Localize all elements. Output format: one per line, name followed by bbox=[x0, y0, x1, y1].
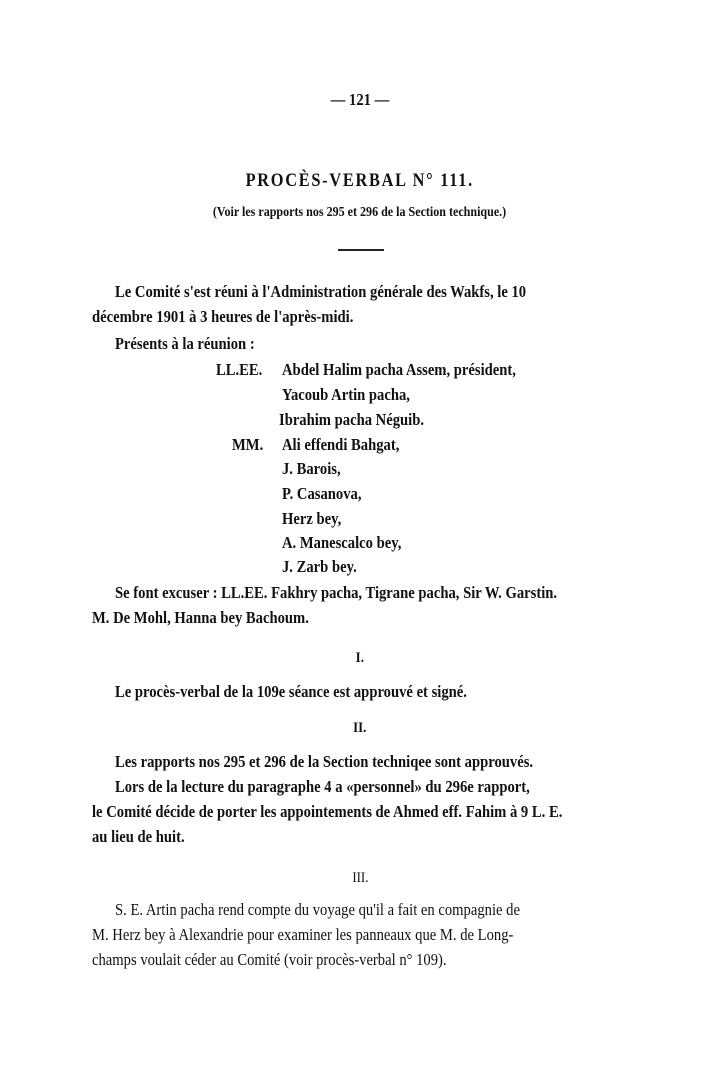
attendee-group-label-excellencies: LL.EE. bbox=[216, 360, 262, 380]
attendee-item: J. Barois, bbox=[282, 459, 341, 479]
attendee-item: P. Casanova, bbox=[282, 484, 361, 504]
excused-line-2: M. De Mohl, Hanna bey Bachoum. bbox=[92, 608, 309, 628]
attendee-item: Abdel Halim pacha Assem, président, bbox=[282, 360, 516, 380]
page-number: — 121 — bbox=[0, 90, 720, 110]
attendee-item: Yacoub Artin pacha, bbox=[282, 385, 410, 405]
page-subtitle: (Voir les rapports nos 295 et 296 de la … bbox=[0, 203, 720, 223]
section-1-line: Le procès-verbal de la 109e séance est a… bbox=[115, 682, 467, 702]
page-title: PROCÈS-VERBAL N° 111. bbox=[0, 171, 720, 191]
opening-line-1: Le Comité s'est réuni à l'Administration… bbox=[115, 282, 526, 302]
presents-label: Présents à la réunion : bbox=[115, 334, 255, 354]
section-2-line: Les rapports nos 295 et 296 de la Sectio… bbox=[115, 752, 533, 772]
section-3-line: M. Herz bey à Alexandrie pour examiner l… bbox=[92, 925, 513, 945]
attendee-item: Herz bey, bbox=[282, 509, 341, 529]
attendee-item: Ibrahim pacha Néguib. bbox=[279, 410, 424, 430]
section-3-line: champs voulait céder au Comité (voir pro… bbox=[92, 950, 447, 970]
title-divider bbox=[338, 249, 384, 251]
attendee-group-label-messieurs: MM. bbox=[232, 435, 263, 455]
section-numeral-3: III. bbox=[0, 868, 720, 888]
section-numeral-1: I. bbox=[0, 648, 720, 668]
section-numeral-2: II. bbox=[0, 718, 720, 738]
section-2-line: le Comité décide de porter les appointem… bbox=[92, 802, 562, 822]
attendee-item: A. Manescalco bey, bbox=[282, 533, 401, 553]
attendee-item: J. Zarb bey. bbox=[282, 557, 357, 577]
section-2-line: Lors de la lecture du paragraphe 4 a «pe… bbox=[115, 777, 530, 797]
section-3-line: S. E. Artin pacha rend compte du voyage … bbox=[115, 900, 520, 920]
attendee-item: Ali effendi Bahgat, bbox=[282, 435, 399, 455]
excused-line-1: Se font excuser : LL.EE. Fakhry pacha, T… bbox=[115, 583, 557, 603]
section-2-line: au lieu de huit. bbox=[92, 827, 185, 847]
opening-line-2: décembre 1901 à 3 heures de l'après-midi… bbox=[92, 307, 353, 327]
